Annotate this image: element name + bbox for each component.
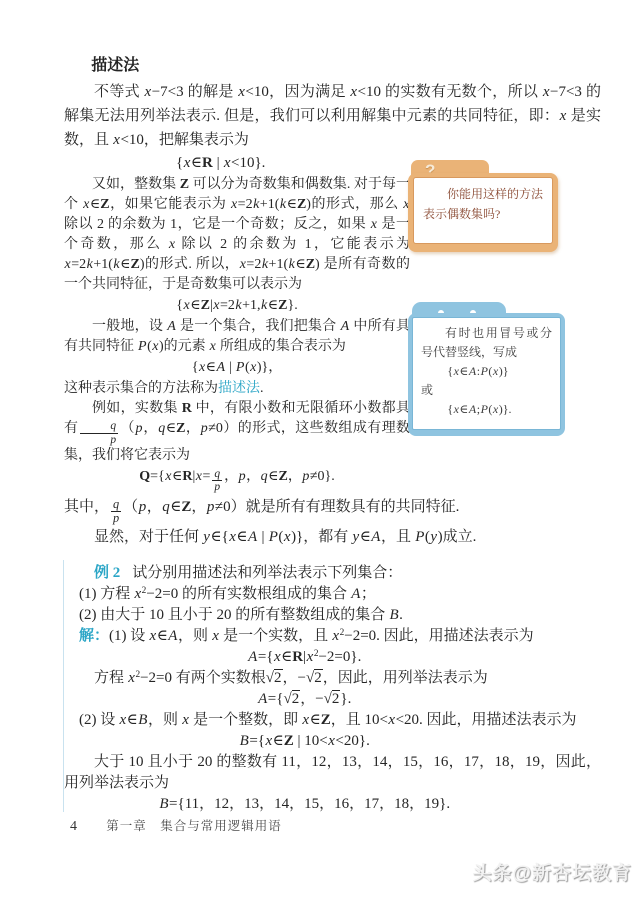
formula-b-roster: B={11，12，13，14，15，16，17，18，19}. [64, 794, 601, 815]
formula-rational-set: Q={x∈R|x=qp，p，q∈Z，p≠0}. [64, 466, 410, 494]
paragraph-common-feature: 其中，qp（p，q∈Z，p≠0）就是所有有理数具有的共同特征. [64, 493, 601, 525]
note-text: 有时也用冒号或分号代替竖线，写成 [421, 324, 552, 362]
note-formula-colon: {x∈A:P(x)} [421, 362, 552, 381]
note-or-text: 或 [421, 381, 552, 400]
paragraph-rational-numbers: 例如，实数集 R 中，有限小数和无限循环小数都具有qp（p，q∈Z，p≠0）的形… [64, 399, 410, 466]
watermark: 头条@新杏坛教育 [472, 858, 632, 885]
formula-b-description: B={x∈Z | 10<x<20}. [64, 731, 601, 752]
example-heading: 例 2试分别用描述法和列举法表示下列集合： [64, 563, 601, 584]
textbook-page: 描述法 不等式 x−7<3 的解是 x<10，因为满足 x<10 的实数有无数个… [0, 0, 640, 898]
note-formula-semicolon: {x∈A;P(x)}. [421, 400, 552, 419]
formula-a-description: A={x∈R|x2−2=0}. [64, 647, 601, 668]
paragraph-obviously: 显然，对于任何 y∈{x∈A | P(x)}，都有 y∈A，且 P(y)成立. [64, 525, 601, 549]
solution-step-2: 方程 x2−2=0 有两个实数根√2，−√2，因此，用列举法表示为 [64, 668, 601, 689]
example-item-1: (1) 方程 x2−2=0 的所有实数根组成的集合 A； [64, 584, 601, 605]
section-heading: 描述法 [64, 54, 601, 78]
page-number: 4 [70, 819, 77, 834]
example-margin-rule [63, 560, 64, 812]
chapter-title: 第一章 集合与常用逻辑用语 [106, 819, 282, 833]
solution-step-1: 解：(1) 设 x∈A，则 x 是一个实数，且 x2−2=0. 因此，用描述法表… [64, 626, 601, 647]
example-item-2: (2) 由大于 10 且小于 20 的所有整数组成的集合 B. [64, 605, 601, 626]
solution-step-4: 大于 10 且小于 20 的整数有 11，12，13，14，15，16，17，1… [64, 752, 601, 794]
paragraph-inequality: 不等式 x−7<3 的解是 x<10，因为满足 x<10 的实数有无数个，所以 … [64, 80, 601, 152]
question-box-body: 你能用这样的方法表示偶数集吗? [413, 177, 553, 244]
formula-odd-set: {x∈Z|x=2k+1,k∈Z}. [64, 295, 410, 317]
example-2-block: 例 2试分别用描述法和列举法表示下列集合： (1) 方程 x2−2=0 的所有实… [64, 563, 601, 815]
paragraph-general-definition: 一般地，设 A 是一个集合，我们把集合 A 中所有具有共同特征 P(x)的元素 … [64, 317, 410, 357]
note-box-body: 有时也用冒号或分号代替竖线，写成 {x∈A:P(x)} 或 {x∈A;P(x)}… [412, 317, 561, 430]
formula-a-roster: A={√2，−√2}. [64, 689, 601, 710]
narrow-column: 又如，整数集 Z 可以分为奇数集和偶数集. 对于每一个 x∈Z，如果它能表示为 … [64, 175, 410, 493]
solution-step-3: (2) 设 x∈B，则 x 是一个整数，即 x∈Z，且 10<x<20. 因此，… [64, 710, 601, 731]
paragraph-method-name: 这种表示集合的方法称为描述法. [64, 379, 410, 399]
question-callout: ? 你能用这样的方法表示偶数集吗? [408, 160, 558, 252]
note-callout: 有时也用冒号或分号代替竖线，写成 {x∈A:P(x)} 或 {x∈A;P(x)}… [408, 302, 565, 436]
example-intro: 试分别用描述法和列举法表示下列集合： [132, 565, 402, 581]
formula-description-form: {x∈A | P(x)}， [64, 357, 410, 379]
solution-step-1-text: (1) 设 x∈A，则 x 是一个实数，且 x2−2=0. 因此，用描述法表示为 [109, 628, 534, 644]
paragraph-odd-even: 又如，整数集 Z 可以分为奇数集和偶数集. 对于每一个 x∈Z，如果它能表示为 … [64, 175, 410, 295]
solution-label: 解： [79, 628, 109, 644]
page-footer: 4 第一章 集合与常用逻辑用语 [70, 816, 282, 835]
question-text: 你能用这样的方法表示偶数集吗? [423, 184, 543, 224]
example-label: 例 2 [94, 565, 120, 581]
